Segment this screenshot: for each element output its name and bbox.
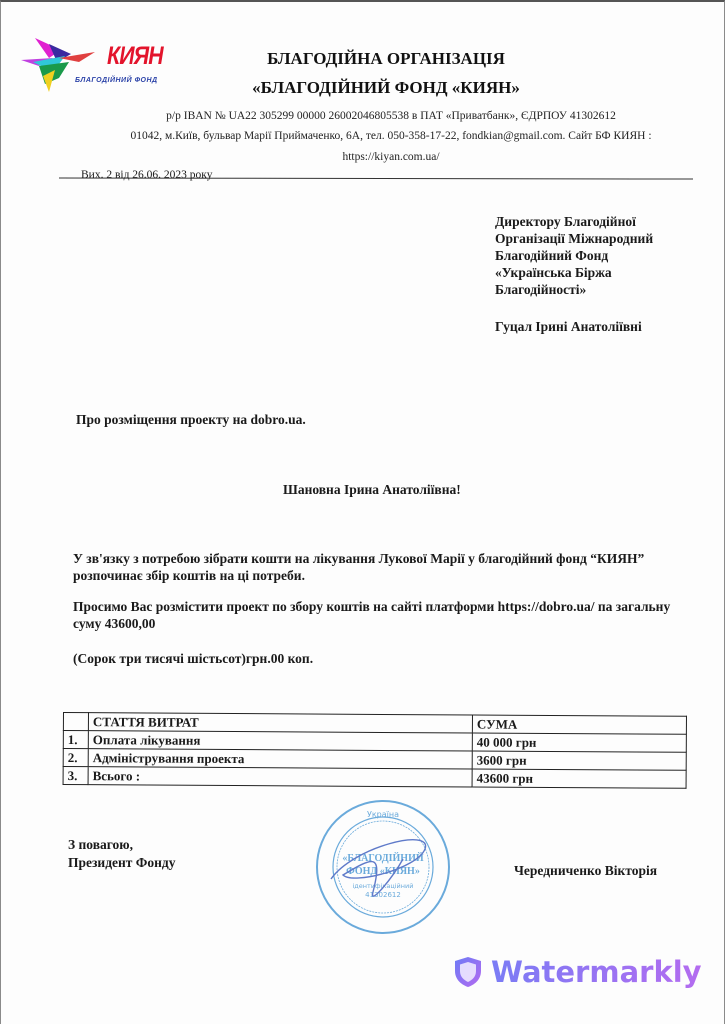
official-stamp-icon: Україна «БЛАГОДІЙНИЙ ФОНД «КИЯН» ідентиф… (313, 797, 453, 937)
addressee-block: Директору Благодійної Організації Міжнар… (495, 213, 653, 335)
addressee-line: Директору Благодійної (495, 213, 653, 230)
header-num (63, 713, 88, 731)
logo-text: КИЯН (107, 42, 163, 71)
table-row: 3. Всього : 43600 грн (63, 767, 686, 789)
body-paragraph-1: У зв'язку з потребою зібрати кошти на лі… (73, 550, 673, 584)
watermark: Watermarkly (453, 955, 702, 989)
row-amount: 3600 грн (472, 751, 686, 770)
website-link[interactable]: https://kiyan.com.ua/ (91, 151, 691, 163)
closing-block: З повагою, Президент Фонду (68, 836, 176, 872)
org-title-line1: БЛАГОДІЙНА ОРГАНІЗАЦІЯ (171, 49, 601, 69)
shield-icon (453, 955, 483, 989)
address-details: 01042, м.Київ, бульвар Марії Приймаченко… (91, 130, 691, 142)
addressee-line: Організації Міжнародний (495, 230, 653, 247)
kiyan-logo: КИЯН БЛАГОДІЙНИЙ ФОНД (19, 32, 169, 92)
svg-text:Україна: Україна (367, 810, 399, 819)
row-num: 2. (63, 749, 88, 767)
row-item: Оплата лікування (88, 731, 472, 751)
letter-subject: Про розміщення проекту на dobro.ua. (76, 412, 306, 428)
letter-greeting: Шановна Ірина Анатоліївна! (283, 482, 461, 498)
header-amount: СУМА (472, 715, 686, 734)
signer-name: Чередниченко Вікторія (514, 863, 657, 879)
watermark-text: Watermarkly (491, 955, 702, 989)
svg-text:ФОНД «КИЯН»: ФОНД «КИЯН» (346, 866, 420, 877)
body-paragraph-2: Просимо Вас розмістити проект по збору к… (73, 598, 673, 632)
addressee-line: Благодійний Фонд (495, 247, 653, 264)
svg-text:ідентифікаційний: ідентифікаційний (353, 882, 414, 890)
bank-details: р/р IBAN № UA22 305299 00000 26002046805… (91, 110, 691, 122)
costs-table: СТАТТЯ ВИТРАТ СУМА 1. Оплата лікування 4… (63, 712, 687, 789)
body-paragraph-3: (Сорок три тисячі шістьсот)грн.00 коп. (73, 650, 673, 667)
org-title-line2: «БЛАГОДІЙНИЙ ФОНД «КИЯН» (171, 78, 601, 98)
addressee-line: Благодійності» (495, 281, 653, 298)
letter-page: КИЯН БЛАГОДІЙНИЙ ФОНД БЛАГОДІЙНА ОРГАНІЗ… (0, 0, 725, 1024)
row-item: Адміністрування проекта (88, 749, 472, 769)
row-num: 1. (63, 731, 88, 749)
closing-phrase: З повагою, (68, 836, 176, 854)
row-item: Всього : (88, 767, 472, 787)
row-amount: 40 000 грн (472, 733, 686, 752)
row-amount: 43600 грн (472, 769, 686, 788)
logo-subtitle: БЛАГОДІЙНИЙ ФОНД (75, 77, 158, 84)
outgoing-reference: Вих. 2 від 26.06. 2023 року (81, 169, 212, 181)
header-item: СТАТТЯ ВИТРАТ (88, 713, 472, 733)
signer-title: Президент Фонду (68, 854, 176, 872)
svg-text:41302612: 41302612 (365, 891, 401, 899)
row-num: 3. (63, 767, 88, 785)
addressee-name: Гуцал Ірині Анатоліївні (495, 318, 653, 335)
addressee-line: «Українська Біржа (495, 264, 653, 281)
